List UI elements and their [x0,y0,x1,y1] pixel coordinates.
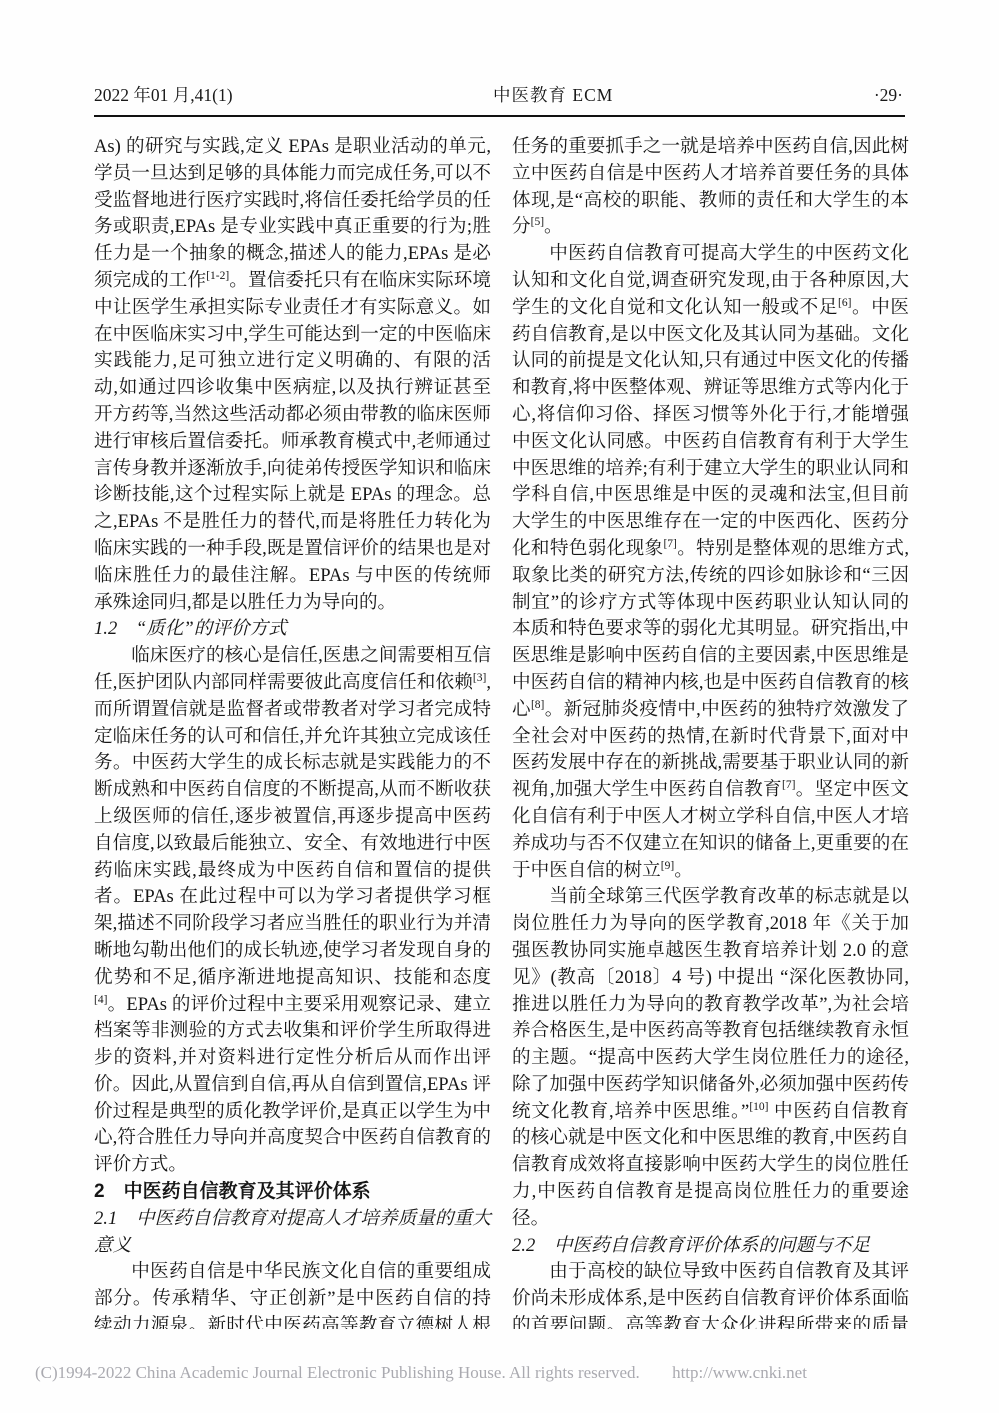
subsection-heading: 1.2 “质化”的评价方式 [94,616,491,643]
page-footer: (C)1994-2022 China Academic Journal Elec… [35,1363,807,1383]
text-columns: As) 的研究与实践,定义 EPAs 是职业活动的单元,学员一旦达到足够的具体能… [0,117,999,1329]
subsection-heading: 2.2 中医药自信教育评价体系的问题与不足 [512,1233,909,1260]
citation-ref: [5] [531,216,544,228]
citation-ref: [8] [531,699,544,711]
citation-ref: [10] [749,1101,768,1113]
right-column: 任务的重要抓手之一就是培养中医药自信,因此树立中医药自信是中医药人才培养首要任务… [512,134,909,1329]
paragraph: 临床医疗的核心是信任,医患之间需要相互信任,医护团队内部同样需要彼此高度信任和依… [94,643,491,1179]
citation-ref: [1-2] [206,270,229,282]
left-column: As) 的研究与实践,定义 EPAs 是职业活动的单元,学员一旦达到足够的具体能… [94,134,491,1329]
paragraph: 任务的重要抓手之一就是培养中医药自信,因此树立中医药自信是中医药人才培养首要任务… [512,134,909,241]
footer-url: http://www.cnki.net [672,1363,807,1382]
citation-ref: [3] [473,672,486,684]
citation-ref: [7] [663,538,676,550]
citation-ref: [9] [661,859,674,871]
header-page-number: ·29· [874,85,903,106]
paragraph: As) 的研究与实践,定义 EPAs 是职业活动的单元,学员一旦达到足够的具体能… [94,134,491,616]
header-journal-title: 中医教育 ECM [493,82,613,107]
section-heading: 2 中医药自信教育及其评价体系 [94,1179,491,1206]
page-header: 2022 年01 月,41(1) 中医教育 ECM ·29· [0,0,999,107]
citation-ref: [4] [94,993,107,1005]
paragraph: 中医药自信教育可提高大学生的中医药文化认知和文化自觉,调查研究发现,由于各种原因… [512,241,909,884]
journal-page: 2022 年01 月,41(1) 中医教育 ECM ·29· As) 的研究与实… [0,0,999,1413]
paragraph: 由于高校的缺位导致中医药自信教育及其评价尚未形成体系,是中医药自信教育评价体系面… [512,1259,909,1329]
citation-ref: [7] [782,779,795,791]
copyright-text: (C)1994-2022 China Academic Journal Elec… [35,1363,640,1382]
citation-ref: [6] [838,297,851,309]
paragraph: 当前全球第三代医学教育改革的标志就是以岗位胜任力为导向的医学教育,2018 年《… [512,884,909,1232]
header-issue: 2022 年01 月,41(1) [94,82,233,107]
paragraph: 中医药自信是中华民族文化自信的重要组成部分。传承精华、守正创新”是中医药自信的持… [94,1259,491,1329]
subsection-heading: 2.1 中医药自信教育对提高人才培养质量的重大意义 [94,1206,491,1260]
